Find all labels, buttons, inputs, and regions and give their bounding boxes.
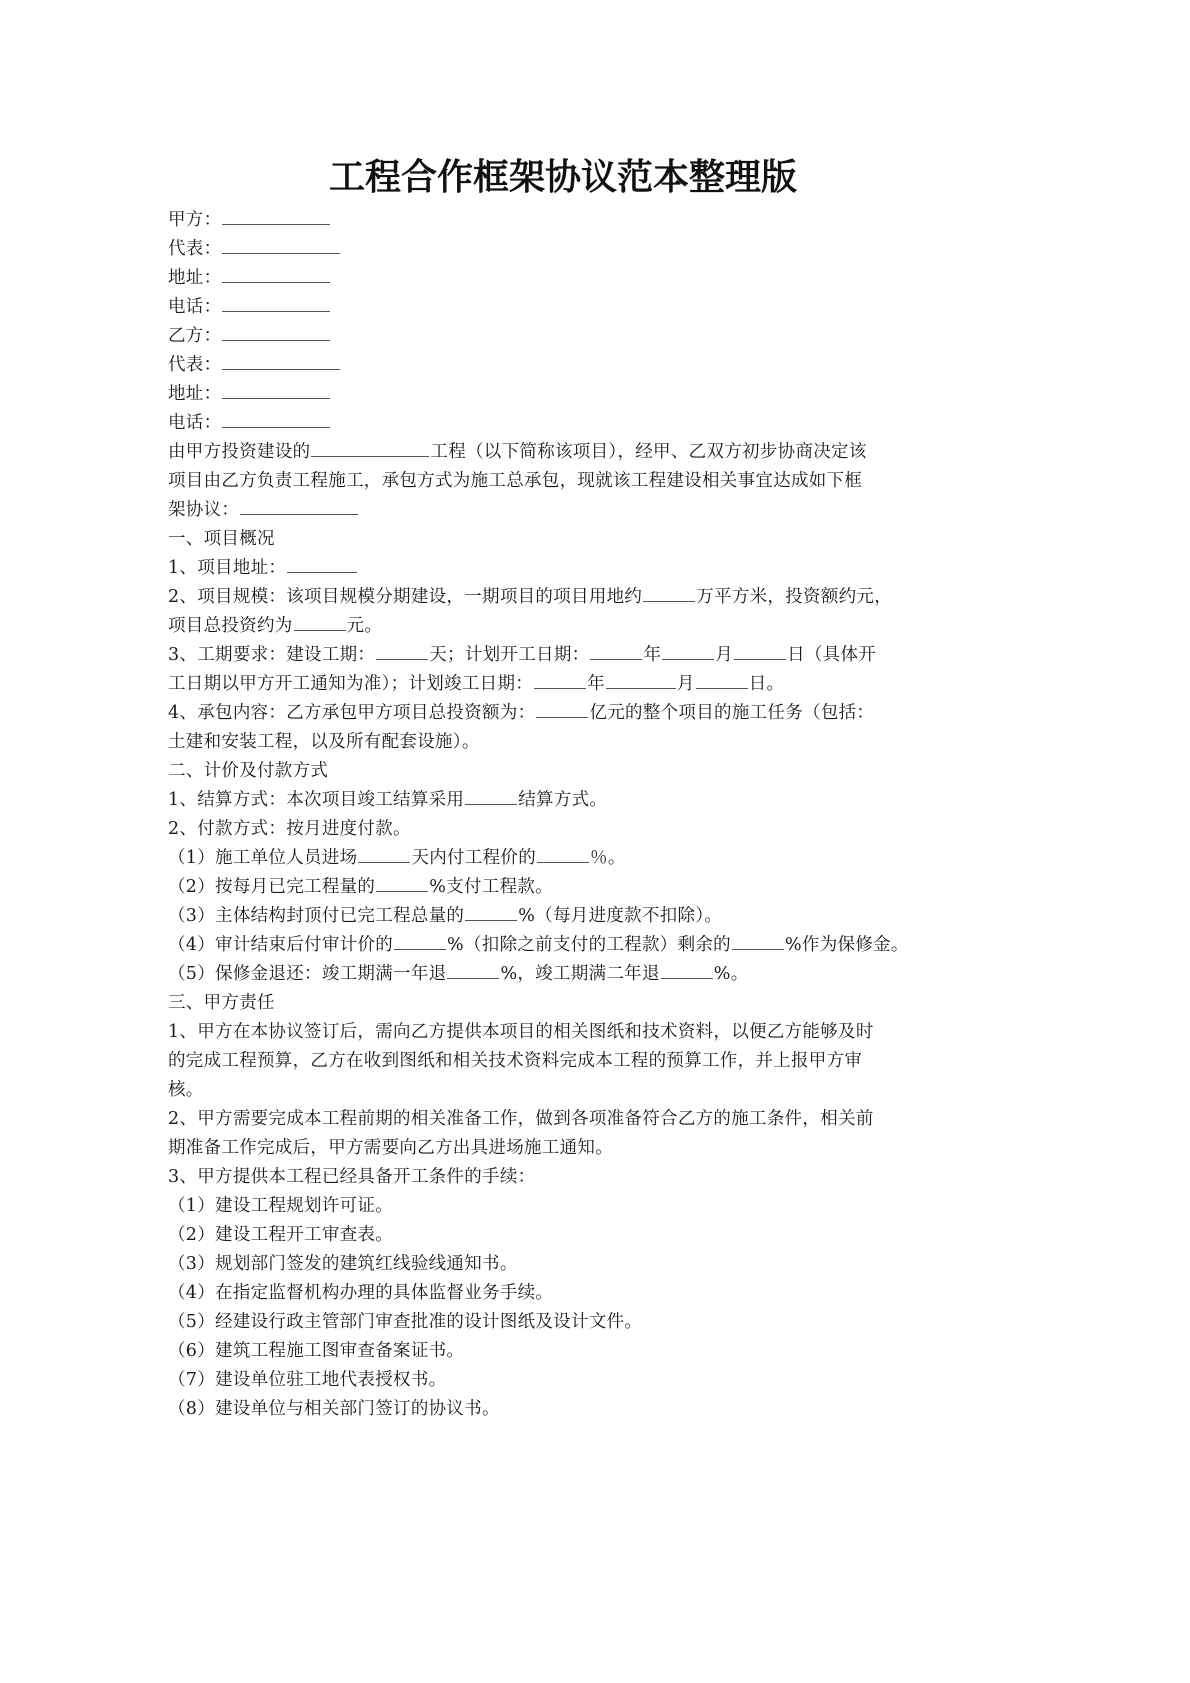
procedure-item: （3）规划部门签发的建筑红线验线通知书。 bbox=[168, 1250, 1028, 1279]
item-text: %（每月进度款不扣除）。 bbox=[518, 906, 722, 926]
section-project-overview: 一、项目概况 1、项目地址： 2、项目规模：该项目规模分期建设，一期项目的项目用… bbox=[168, 525, 1028, 757]
payment-sub-5: （5）保修金退还：竣工期满一年退%，竣工期满二年退%。 bbox=[168, 960, 1028, 989]
schedule-row: 3、工期要求：建设工期：天；计划开工日期：年月日（具体开 bbox=[168, 641, 1028, 670]
project-scale-row: 2、项目规模：该项目规模分期建设，一期项目的项目用地约万平方米，投资额约元， bbox=[168, 583, 1028, 612]
responsibility-1-line-3: 核。 bbox=[168, 1076, 1028, 1105]
intro-text: 架协议： bbox=[168, 500, 239, 520]
entry-percent-blank[interactable] bbox=[537, 844, 589, 863]
party-a-address-row: 地址： bbox=[168, 264, 1028, 293]
party-b-rep-row: 代表： bbox=[168, 351, 1028, 380]
procedure-item: （4）在指定监督机构办理的具体监督业务手续。 bbox=[168, 1279, 1028, 1308]
settlement-method-blank[interactable] bbox=[465, 786, 517, 805]
item-text: %，竣工期满二年退 bbox=[500, 964, 659, 984]
item-text: 1、结算方式：本次项目竣工结算采用 bbox=[168, 790, 464, 810]
responsibility-2-line-1: 2、甲方需要完成本工程前期的相关准备工作，做到各项准备符合乙方的施工条件，相关前 bbox=[168, 1105, 1028, 1134]
section-party-a-responsibility: 三、甲方责任 1、甲方在本协议签订后，需向乙方提供本项目的相关图纸和技术资料，以… bbox=[168, 989, 1028, 1424]
item-text: 万平方米，投资额约元， bbox=[696, 587, 892, 607]
item-text: （2）按每月已完工程量的 bbox=[168, 877, 375, 897]
intro-line-3: 架协议： bbox=[168, 496, 1028, 525]
retention-year2-blank[interactable] bbox=[661, 960, 713, 979]
item-text: 天；计划开工日期： bbox=[429, 645, 589, 665]
retention-percent-blank[interactable] bbox=[732, 931, 784, 950]
field-label: 乙方： bbox=[168, 326, 221, 346]
intro-line-1: 由甲方投资建设的工程（以下简称该项目），经甲、乙双方初步协商决定该 bbox=[168, 438, 1028, 467]
party-a-name-blank[interactable] bbox=[222, 206, 330, 225]
document-page: 工程合作框架协议范本整理版 甲方： 代表： 地址： 电话： 乙方： 代表： 地址… bbox=[168, 150, 1028, 1424]
item-text: 年 bbox=[587, 674, 605, 694]
monthly-percent-blank[interactable] bbox=[376, 873, 428, 892]
item-text: 月 bbox=[715, 645, 733, 665]
field-label: 代表： bbox=[168, 239, 221, 259]
party-b-address-row: 地址： bbox=[168, 380, 1028, 409]
land-area-blank[interactable] bbox=[643, 583, 695, 602]
party-b-phone-blank[interactable] bbox=[222, 409, 330, 428]
item-text: %作为保修金。 bbox=[785, 935, 909, 955]
procedure-item: （6）建筑工程施工图审查备案证书。 bbox=[168, 1337, 1028, 1366]
item-text: 日。 bbox=[749, 674, 785, 694]
parties-block: 甲方： 代表： 地址： 电话： 乙方： 代表： 地址： 电话： bbox=[168, 206, 1028, 438]
intro-text: 工程（以下简称该项目），经甲、乙双方初步协商决定该 bbox=[430, 442, 866, 462]
item-text: 土建和安装工程，以及所有配套设施）。 bbox=[168, 732, 480, 752]
item-text: ％。 bbox=[590, 848, 626, 868]
item-text: %（扣除之前支付的工程款）剩余的 bbox=[447, 935, 731, 955]
section-heading: 一、项目概况 bbox=[168, 525, 1028, 554]
item-text: 年 bbox=[643, 645, 661, 665]
party-b-address-blank[interactable] bbox=[222, 380, 330, 399]
start-day-blank[interactable] bbox=[734, 641, 786, 660]
agreement-blank[interactable] bbox=[240, 496, 358, 515]
document-title: 工程合作框架协议范本整理版 bbox=[168, 150, 958, 206]
scope-row-2: 土建和安装工程，以及所有配套设施）。 bbox=[168, 728, 1028, 757]
start-year-blank[interactable] bbox=[590, 641, 642, 660]
party-b-phone-row: 电话： bbox=[168, 409, 1028, 438]
item-text: （5）保修金退还：竣工期满一年退 bbox=[168, 964, 446, 984]
payment-sub-1: （1）施工单位人员进场天内付工程价的％。 bbox=[168, 844, 1028, 873]
section-heading: 三、甲方责任 bbox=[168, 989, 1028, 1018]
item-text: 项目总投资约为 bbox=[168, 616, 293, 636]
procedure-item: （7）建设单位驻工地代表授权书。 bbox=[168, 1366, 1028, 1395]
field-label: 电话： bbox=[168, 413, 221, 433]
item-text: 元。 bbox=[347, 616, 383, 636]
party-a-address-blank[interactable] bbox=[222, 264, 330, 283]
investment-amount-blank[interactable] bbox=[536, 699, 588, 718]
party-a-rep-blank[interactable] bbox=[222, 235, 340, 254]
item-text: （4）审计结束后付审计价的 bbox=[168, 935, 393, 955]
intro-text: 项目由乙方负责工程施工，承包方式为施工总承包，现就该工程建设相关事宜达成如下框 bbox=[168, 471, 862, 491]
end-month-blank[interactable] bbox=[606, 670, 676, 689]
payment-sub-3: （3）主体结构封顶付已完工程总量的%（每月进度款不扣除）。 bbox=[168, 902, 1028, 931]
item-text: %支付工程款。 bbox=[429, 877, 553, 897]
item-text: （1）施工单位人员进场 bbox=[168, 848, 357, 868]
section-heading: 二、计价及付款方式 bbox=[168, 757, 1028, 786]
responsibility-1-line-2: 的完成工程预算，乙方在收到图纸和相关技术资料完成本工程的预算工作，并上报甲方审 bbox=[168, 1047, 1028, 1076]
intro-text: 由甲方投资建设的 bbox=[168, 442, 310, 462]
item-text: （3）主体结构封顶付已完工程总量的 bbox=[168, 906, 464, 926]
start-month-blank[interactable] bbox=[662, 641, 714, 660]
settlement-row: 1、结算方式：本次项目竣工结算采用结算方式。 bbox=[168, 786, 1028, 815]
project-name-blank[interactable] bbox=[311, 438, 429, 457]
responsibility-2-line-2: 期准备工作完成后，甲方需要向乙方出具进场施工通知。 bbox=[168, 1134, 1028, 1163]
item-text: %。 bbox=[714, 964, 749, 984]
topping-out-percent-blank[interactable] bbox=[465, 902, 517, 921]
party-a-phone-row: 电话： bbox=[168, 293, 1028, 322]
procedure-item: （2）建设工程开工审查表。 bbox=[168, 1221, 1028, 1250]
party-b-name-row: 乙方： bbox=[168, 322, 1028, 351]
party-b-rep-blank[interactable] bbox=[222, 351, 340, 370]
item-text: 工日期以甲方开工通知为准）；计划竣工日期： bbox=[168, 674, 533, 694]
entry-days-blank[interactable] bbox=[358, 844, 410, 863]
item-text: 2、项目规模：该项目规模分期建设，一期项目的项目用地约 bbox=[168, 587, 642, 607]
party-a-rep-row: 代表： bbox=[168, 235, 1028, 264]
section-pricing-payment: 二、计价及付款方式 1、结算方式：本次项目竣工结算采用结算方式。 2、付款方式：… bbox=[168, 757, 1028, 989]
field-label: 地址： bbox=[168, 384, 221, 404]
intro-paragraph: 由甲方投资建设的工程（以下简称该项目），经甲、乙双方初步协商决定该 项目由乙方负… bbox=[168, 438, 1028, 525]
item-text: 亿元的整个项目的施工任务（包括： bbox=[589, 703, 874, 723]
item-text: 3、工期要求：建设工期： bbox=[168, 645, 375, 665]
payment-sub-4: （4）审计结束后付审计价的%（扣除之前支付的工程款）剩余的%作为保修金。 bbox=[168, 931, 1028, 960]
item-text: 天内付工程价的 bbox=[411, 848, 536, 868]
project-address-blank[interactable] bbox=[287, 554, 357, 573]
field-label: 地址： bbox=[168, 268, 221, 288]
duration-days-blank[interactable] bbox=[376, 641, 428, 660]
item-text: 4、承包内容：乙方承包甲方项目总投资额为： bbox=[168, 703, 535, 723]
schedule-row-2: 工日期以甲方开工通知为准）；计划竣工日期：年月日。 bbox=[168, 670, 1028, 699]
item-text: 1、项目地址： bbox=[168, 558, 286, 578]
end-year-blank[interactable] bbox=[534, 670, 586, 689]
procedure-item: （1）建设工程规划许可证。 bbox=[168, 1192, 1028, 1221]
item-text: 月 bbox=[677, 674, 695, 694]
retention-year1-blank[interactable] bbox=[447, 960, 499, 979]
field-label: 甲方： bbox=[168, 210, 221, 230]
intro-line-2: 项目由乙方负责工程施工，承包方式为施工总承包，现就该工程建设相关事宜达成如下框 bbox=[168, 467, 1028, 496]
item-text: 结算方式。 bbox=[518, 790, 607, 810]
procedure-item: （8）建设单位与相关部门签订的协议书。 bbox=[168, 1395, 1028, 1424]
project-address-row: 1、项目地址： bbox=[168, 554, 1028, 583]
project-scale-row-2: 项目总投资约为元。 bbox=[168, 612, 1028, 641]
total-investment-blank[interactable] bbox=[294, 612, 346, 631]
payment-method-row: 2、付款方式：按月进度付款。 bbox=[168, 815, 1028, 844]
end-day-blank[interactable] bbox=[696, 670, 748, 689]
field-label: 电话： bbox=[168, 297, 221, 317]
field-label: 代表： bbox=[168, 355, 221, 375]
procedure-item: （5）经建设行政主管部门审查批准的设计图纸及设计文件。 bbox=[168, 1308, 1028, 1337]
payment-sub-2: （2）按每月已完工程量的%支付工程款。 bbox=[168, 873, 1028, 902]
party-b-name-blank[interactable] bbox=[222, 322, 330, 341]
audit-percent-blank[interactable] bbox=[394, 931, 446, 950]
responsibility-3: 3、甲方提供本工程已经具备开工条件的手续： bbox=[168, 1163, 1028, 1192]
responsibility-1-line-1: 1、甲方在本协议签订后，需向乙方提供本项目的相关图纸和技术资料，以便乙方能够及时 bbox=[168, 1018, 1028, 1047]
party-a-phone-blank[interactable] bbox=[222, 293, 330, 312]
scope-row: 4、承包内容：乙方承包甲方项目总投资额为：亿元的整个项目的施工任务（包括： bbox=[168, 699, 1028, 728]
party-a-name-row: 甲方： bbox=[168, 206, 1028, 235]
item-text: 日（具体开 bbox=[787, 645, 876, 665]
